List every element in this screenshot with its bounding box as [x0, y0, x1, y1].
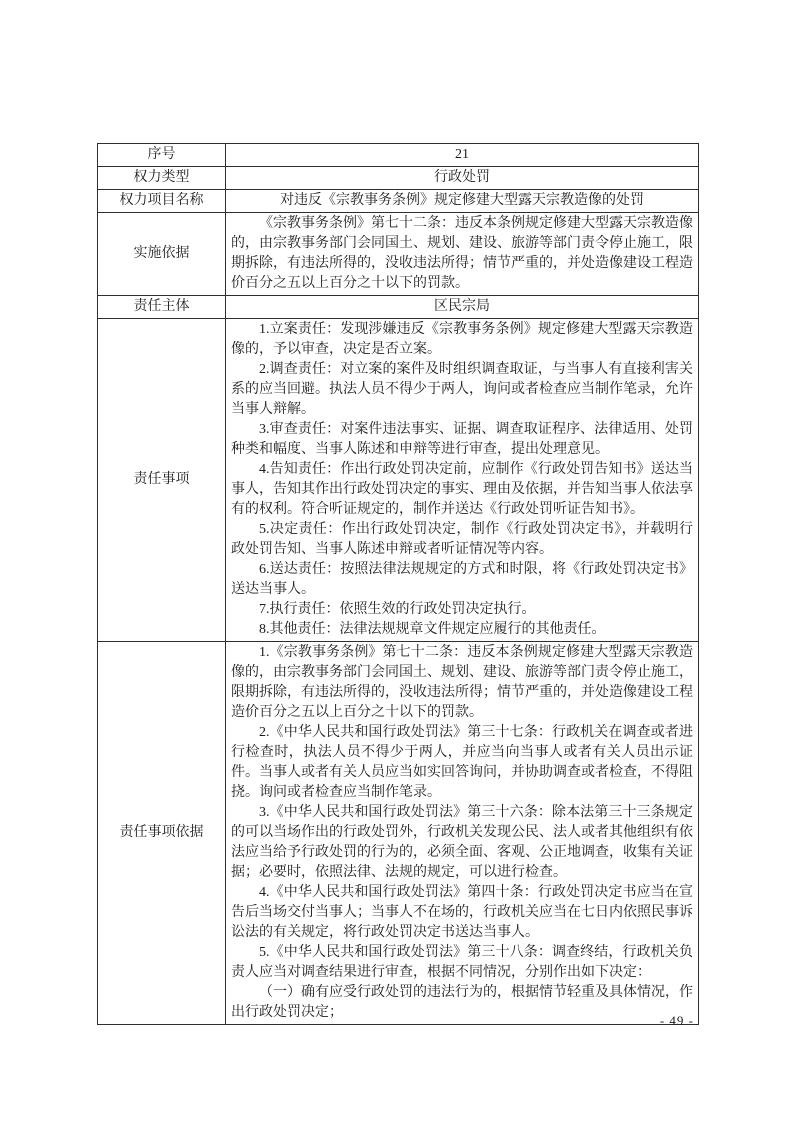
paragraph: 3.审查责任：对案件违法事实、证据、调查取证程序、法律适用、处罚种类和幅度、当事…: [231, 420, 693, 460]
table-row-responsible-entity: 责任主体 区民宗局: [98, 296, 699, 319]
paragraph: 7.执行责任：依照生效的行政处罚决定执行。: [231, 600, 693, 620]
row-label: 权力类型: [98, 167, 226, 190]
paragraph: 5.决定责任：作出行政处罚决定，制作《行政处罚决定书》，并载明行政处罚告知、当事…: [231, 520, 693, 560]
row-value: 对违反《宗教事务条例》规定修建大型露天宗教造像的处罚: [226, 190, 699, 213]
page-number: - 49 -: [660, 1012, 694, 1030]
row-value: 1.《宗教事务条例》第七十二条：违反本条例规定修建大型露天宗教造像的，由宗教事务…: [226, 642, 699, 1025]
paragraph: （一）确有应受行政处罚的违法行为的，根据情节轻重及具体情况，作出行政处罚决定；: [231, 983, 693, 1023]
row-label: 序号: [98, 144, 226, 167]
power-item-table: 序号 21 权力类型 行政处罚 权力项目名称 对违反《宗教事务条例》规定修建大型…: [97, 143, 699, 1025]
paragraph: 5.《中华人民共和国行政处罚法》第三十八条：调查终结，行政机关负责人应当对调查结…: [231, 943, 693, 983]
paragraph: 1.《宗教事务条例》第七十二条：违反本条例规定修建大型露天宗教造像的，由宗教事务…: [231, 643, 693, 723]
paragraph: 2.《中华人民共和国行政处罚法》第三十七条：行政机关在调查或者进行检查时，执法人…: [231, 723, 693, 803]
table-row-power-item-name: 权力项目名称 对违反《宗教事务条例》规定修建大型露天宗教造像的处罚: [98, 190, 699, 213]
paragraph: 1.立案责任：发现涉嫌违反《宗教事务条例》规定修建大型露天宗教造像的，予以审查，…: [231, 320, 693, 360]
row-label: 责任事项: [98, 319, 226, 642]
row-label: 责任主体: [98, 296, 226, 319]
row-value: 区民宗局: [226, 296, 699, 319]
table-row-responsibility-items: 责任事项 1.立案责任：发现涉嫌违反《宗教事务条例》规定修建大型露天宗教造像的，…: [98, 319, 699, 642]
table-row-serial-number: 序号 21: [98, 144, 699, 167]
document-page: 序号 21 权力类型 行政处罚 权力项目名称 对违反《宗教事务条例》规定修建大型…: [0, 0, 793, 1122]
paragraph: 4.《中华人民共和国行政处罚法》第四十条：行政处罚决定书应当在宣告后当场交付当事…: [231, 883, 693, 943]
paragraph: 3.《中华人民共和国行政处罚法》第三十六条：除本法第三十三条规定的可以当场作出的…: [231, 803, 693, 883]
row-value: 《宗教事务条例》第七十二条：违反本条例规定修建大型露天宗教造像的，由宗教事务部门…: [226, 213, 699, 296]
row-label: 权力项目名称: [98, 190, 226, 213]
row-value: 21: [226, 144, 699, 167]
row-value: 行政处罚: [226, 167, 699, 190]
paragraph: 8.其他责任：法律法规规章文件规定应履行的其他责任。: [231, 620, 693, 640]
paragraph: 6.送达责任：按照法律法规规定的方式和时限，将《行政处罚决定书》送达当事人。: [231, 560, 693, 600]
table-row-responsibility-items-basis: 责任事项依据 1.《宗教事务条例》第七十二条：违反本条例规定修建大型露天宗教造像…: [98, 642, 699, 1025]
table-row-power-type: 权力类型 行政处罚: [98, 167, 699, 190]
row-label: 责任事项依据: [98, 642, 226, 1025]
row-value: 1.立案责任：发现涉嫌违反《宗教事务条例》规定修建大型露天宗教造像的，予以审查，…: [226, 319, 699, 642]
paragraph: 2.调查责任：对立案的案件及时组织调查取证，与当事人有直接利害关系的应当回避。执…: [231, 360, 693, 420]
row-label: 实施依据: [98, 213, 226, 296]
paragraph: 《宗教事务条例》第七十二条：违反本条例规定修建大型露天宗教造像的，由宗教事务部门…: [231, 214, 693, 294]
table-row-implementation-basis: 实施依据 《宗教事务条例》第七十二条：违反本条例规定修建大型露天宗教造像的，由宗…: [98, 213, 699, 296]
paragraph: 4.告知责任：作出行政处罚决定前，应制作《行政处罚告知书》送达当事人，告知其作出…: [231, 460, 693, 520]
